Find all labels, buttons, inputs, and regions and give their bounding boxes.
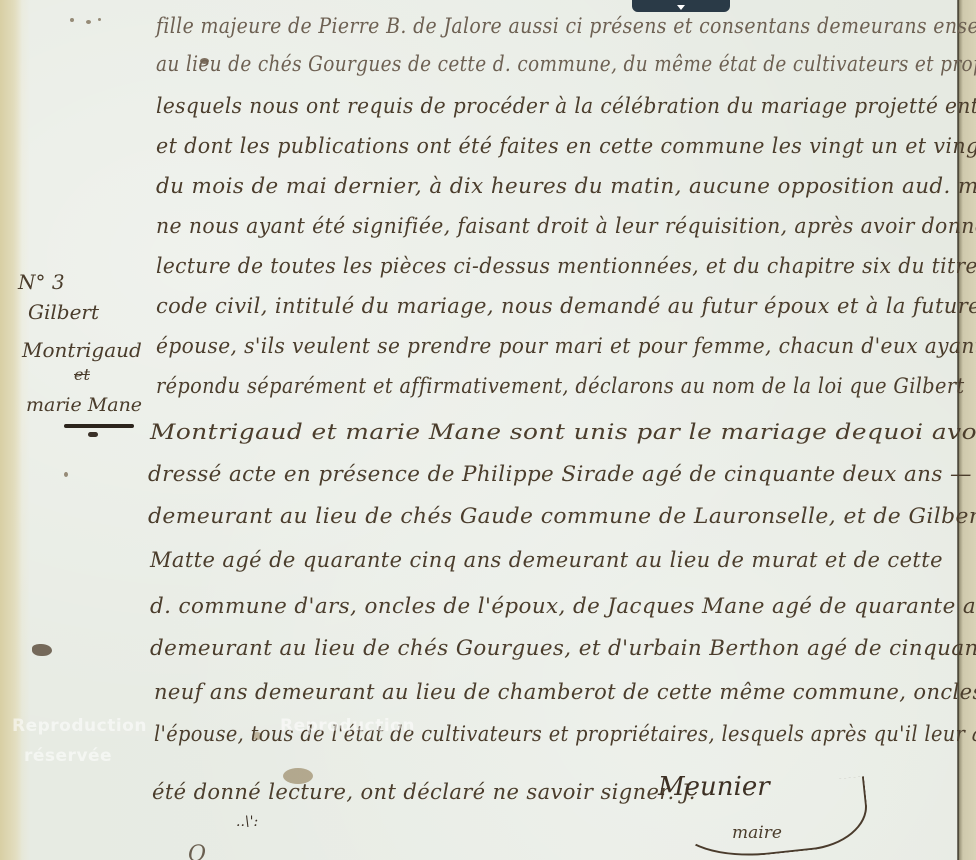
text-line-4: et dont les publications ont été faites … (156, 134, 976, 158)
ink-speck (98, 18, 101, 21)
watermark-reproduction: Reproduction (12, 716, 147, 736)
text-line-9: épouse, s'ils veulent se prendre pour ma… (156, 334, 976, 358)
margin-name-groom-last: Montrigaud (22, 338, 142, 362)
text-line-12: dressé acte en présence de Philippe Sira… (148, 462, 972, 486)
caret-down-icon (677, 5, 685, 10)
margin-entry-number: N° 3 (18, 270, 65, 294)
next-entry-fragment: O (188, 842, 206, 860)
margin-underline (64, 424, 134, 428)
text-line-10: répondu séparément et affirmativement, d… (156, 374, 965, 398)
margin-name-groom-first: Gilbert (28, 300, 99, 324)
text-line-18: l'épouse, tous de l'état de cultivateurs… (154, 722, 976, 746)
text-line-19: été donné lecture, ont déclaré ne savoir… (152, 780, 696, 804)
margin-underline-mark (88, 432, 98, 437)
ink-speck (64, 472, 68, 477)
margin-conjunction: et (74, 365, 90, 384)
toolbar-toggle-button[interactable] (632, 0, 730, 12)
stray-ink-marks: ..\': (236, 814, 258, 830)
text-line-11: Montrigaud et marie Mane sont unis par l… (150, 420, 976, 444)
text-line-14: Matte agé de quarante cinq ans demeurant… (150, 548, 943, 572)
text-line-13: demeurant au lieu de chés Gaude commune … (148, 504, 976, 528)
document-scan: N° 3 Gilbert Montrigaud et marie Mane fi… (0, 0, 976, 860)
text-line-7: lecture de toutes les pièces ci-dessus m… (156, 254, 976, 278)
text-line-6: ne nous ayant été signifiée, faisant dro… (156, 214, 976, 238)
text-line-5: du mois de mai dernier, à dix heures du … (156, 174, 976, 198)
text-line-3: lesquels nous ont requis de procéder à l… (156, 94, 976, 118)
text-line-2: au lieu de chés Gourgues de cette d. com… (156, 52, 976, 76)
signature-title: maire (732, 823, 782, 843)
text-line-8: code civil, intitulé du mariage, nous de… (156, 294, 976, 318)
watermark-reservee: réservée (24, 746, 112, 766)
text-line-17: neuf ans demeurant au lieu de chamberot … (154, 680, 976, 704)
text-line-16: demeurant au lieu de chés Gourgues, et d… (150, 636, 976, 660)
margin-name-bride: marie Mane (26, 394, 142, 416)
text-line-1: fille majeure de Pierre B. de Jalore aus… (156, 14, 976, 38)
ink-speck (70, 18, 74, 22)
watermark-reproduction-2: Reproduction (280, 716, 415, 736)
ink-blot (32, 644, 52, 656)
text-line-15: d. commune d'ars, oncles de l'époux, de … (150, 594, 976, 618)
ink-speck (86, 20, 91, 24)
